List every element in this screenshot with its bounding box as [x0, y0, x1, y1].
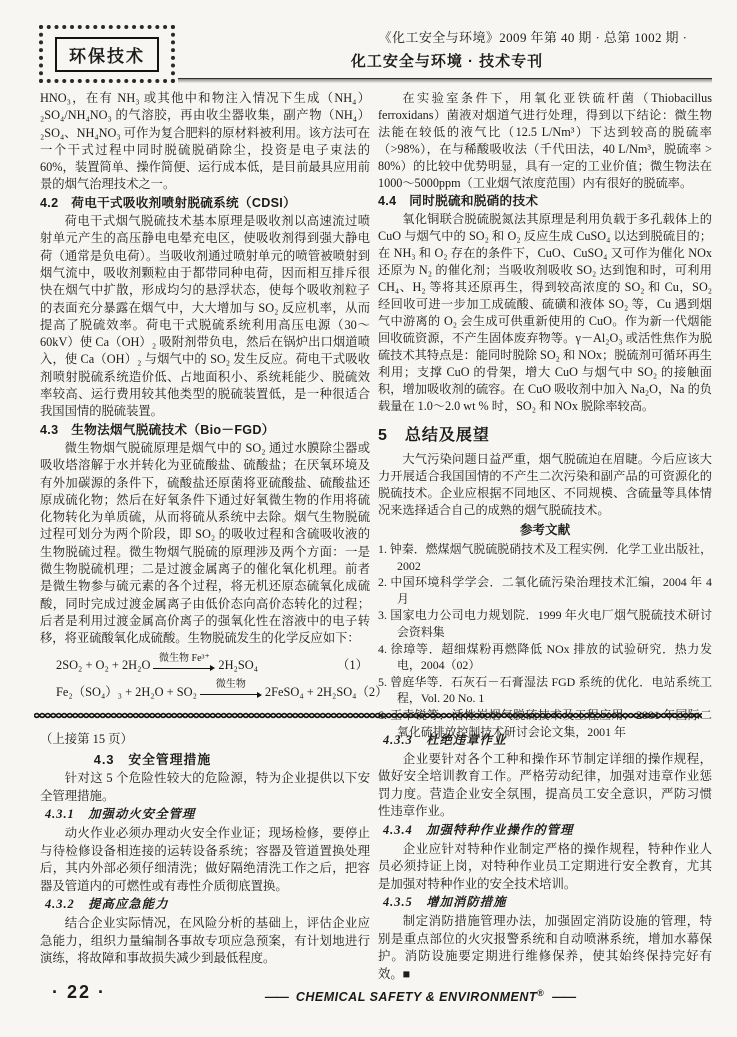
paragraph-cdsi: 荷电干式烟气脱硫技术基本原理是吸收剂以高速流过喷射单元产生的高压静电电晕充电区，…: [40, 213, 370, 421]
reaction-arrow-1: 微生物 Fe³⁺: [153, 654, 215, 673]
continued-right-column: 4.3.3 杜绝违章作业 企业要针对各个工种和操作环节制定详细的操作规程，做好安…: [378, 731, 712, 983]
reference-item: 5. 曾庭华等．石灰石－石膏湿法 FGD 系统的优化．电站系统工程，Vol. 2…: [378, 674, 712, 707]
section-heading-4-3-2: 4.3.2 提高应急能力: [40, 896, 370, 914]
equation-block: 2SO₂ + O₂ + 2H₂O 微生物 Fe³⁺ 2H₂SO₄ （1） Fe₂…: [40, 657, 370, 702]
reference-item: 1. 钟秦．燃煤烟气脱硫脱硝技术及工程实例．化学工业出版社，2002: [378, 541, 712, 574]
paragraph-safety-intro: 针对这 5 个危险性较大的危险源，特为企业提供以下安全管理措施。: [40, 770, 370, 805]
reference-item: 4. 徐璋等．超细煤粉再燃降低 NOx 排放的试验研究．热力发电，2004（02…: [378, 641, 712, 674]
journal-scan-page: 环保技术 《化工安全与环境》2009 年第 40 期 · 总第 1002 期 ·…: [0, 0, 737, 1037]
paragraph-continuation: HNO₃，在有 NH₃ 或其他中和物注入情况下生成（NH₄）₂SO₄/NH₄NO…: [40, 90, 370, 194]
references-title: 参考文献: [378, 522, 712, 539]
section-heading-5: 5 总结及展望: [378, 427, 712, 444]
section-heading-4-4: 4.4 同时脱硫和脱硝的技术: [378, 193, 712, 210]
paragraph-hot-work: 动火作业必须办理动火安全作业证；现场检修，要停止与待检修设备相连接的运转设备系统…: [40, 825, 370, 895]
journal-subtitle: 化工安全与环境 · 技术专刊: [180, 50, 714, 71]
reaction-arrow-2-label: 微生物: [214, 680, 248, 691]
right-arrow-icon: [153, 664, 215, 672]
wavy-divider: [34, 711, 702, 720]
equation-1-lhs: 2SO₂ + O₂ + 2H₂O: [56, 657, 150, 674]
paragraph-bio-fgd: 微生物烟气脱硫原理是烟气中的 SO₂ 通过水膜除尘器或吸收塔溶解于水并转化为亚硫…: [40, 440, 370, 648]
reference-item: 2. 中国环境科学学会．二氧化硫污染治理技术汇编，2004 年 4 月: [378, 574, 712, 607]
reaction-arrow-1-label: 微生物 Fe³⁺: [157, 654, 212, 665]
article-left-column: HNO₃，在有 NH₃ 或其他中和物注入情况下生成（NH₄）₂SO₄/NH₄NO…: [40, 90, 370, 704]
equation-2-lhs: Fe₂（SO₄）₃ + 2H₂O + SO₂: [56, 684, 197, 701]
section-heading-4-3: 4.3 生物法烟气脱硫技术（Bio－FGD）: [40, 422, 370, 439]
paragraph-violations: 企业要针对各个工种和操作环节制定详细的操作规程，做好安全培训教育工作。严格劳动纪…: [378, 751, 712, 821]
footer-dash-right: ——: [544, 990, 583, 1004]
equation-1: 2SO₂ + O₂ + 2H₂O 微生物 Fe³⁺ 2H₂SO₄ （1）: [40, 657, 370, 676]
right-arrow-icon: [200, 691, 262, 699]
paragraph-emergency: 结合企业实际情况，在风险分析的基础上，评估企业应急能力，组织力量编制各事故专项应…: [40, 915, 370, 968]
footer-dash-left: ——: [257, 990, 296, 1004]
section-heading-4-3-safety: 4.3 安全管理措施: [40, 751, 370, 769]
reference-item: 3. 国家电力公司电力规划院．1999 年火电厂烟气脱硫技术研讨会资料集: [378, 607, 712, 640]
section-heading-4-3-5: 4.3.5 增加消防措施: [378, 894, 712, 912]
continued-left-column: （上接第 15 页） 4.3 安全管理措施 针对这 5 个危险性较大的危险源，特…: [40, 731, 370, 968]
paragraph-summary: 大气污染问题日益严重，烟气脱硫迫在眉睫。今后应该大力开展适合我国国情的不产生二次…: [378, 451, 712, 519]
paragraph-cuo: 氧化铜联合脱硫脱氮法其原理是利用负载于多孔载体上的 CuO 与烟气中的 SO₂ …: [378, 211, 712, 415]
reaction-arrow-2: 微生物: [200, 680, 262, 699]
equation-2: Fe₂（SO₄）₃ + 2H₂O + SO₂ 微生物 2FeSO₄ + 2H₂S…: [40, 683, 370, 702]
equation-1-rhs: 2H₂SO₄: [218, 657, 258, 674]
section-heading-4-3-4: 4.3.4 加强特种作业操作的管理: [378, 822, 712, 840]
page-number: · 22 ·: [52, 982, 106, 1003]
section-heading-4-2: 4.2 荷电干式吸收剂喷射脱硫系统（CDSI）: [40, 195, 370, 212]
paragraph-lab-results: 在实验室条件下，用氧化亚铁硫杆菌（Thiobacillus ferroxidan…: [378, 90, 712, 192]
equation-2-rhs: 2FeSO₄ + 2H₂SO₄: [265, 684, 357, 701]
header-rule: [178, 78, 712, 83]
column-badge-label: 环保技术: [55, 37, 159, 72]
paragraph-fire-protection: 制定消防措施管理办法，加强固定消防设施的管理，特别是重点部位的火灾报警系统和自动…: [378, 913, 712, 983]
journal-issue-line: 《化工安全与环境》2009 年第 40 期 · 总第 1002 期 ·: [350, 27, 716, 46]
equation-1-number: （1）: [337, 657, 370, 674]
section-heading-4-3-1: 4.3.1 加强动火安全管理: [40, 806, 370, 824]
footer-journal-name: ——CHEMICAL SAFETY & ENVIRONMENT®——: [160, 988, 680, 1004]
continued-from-note: （上接第 15 页）: [40, 731, 370, 749]
section-heading-4-3-3: 4.3.3 杜绝违章作业: [378, 732, 712, 750]
paragraph-special-ops: 企业应针对特种作业制定严格的操作规程，特种作业人员必须持证上岗，对特种作业员工定…: [378, 841, 712, 894]
article-right-column: 在实验室条件下，用氧化亚铁硫杆菌（Thiobacillus ferroxidan…: [378, 90, 712, 740]
footer-journal-text: CHEMICAL SAFETY & ENVIRONMENT: [296, 990, 537, 1004]
column-badge-frame: 环保技术: [39, 25, 175, 83]
